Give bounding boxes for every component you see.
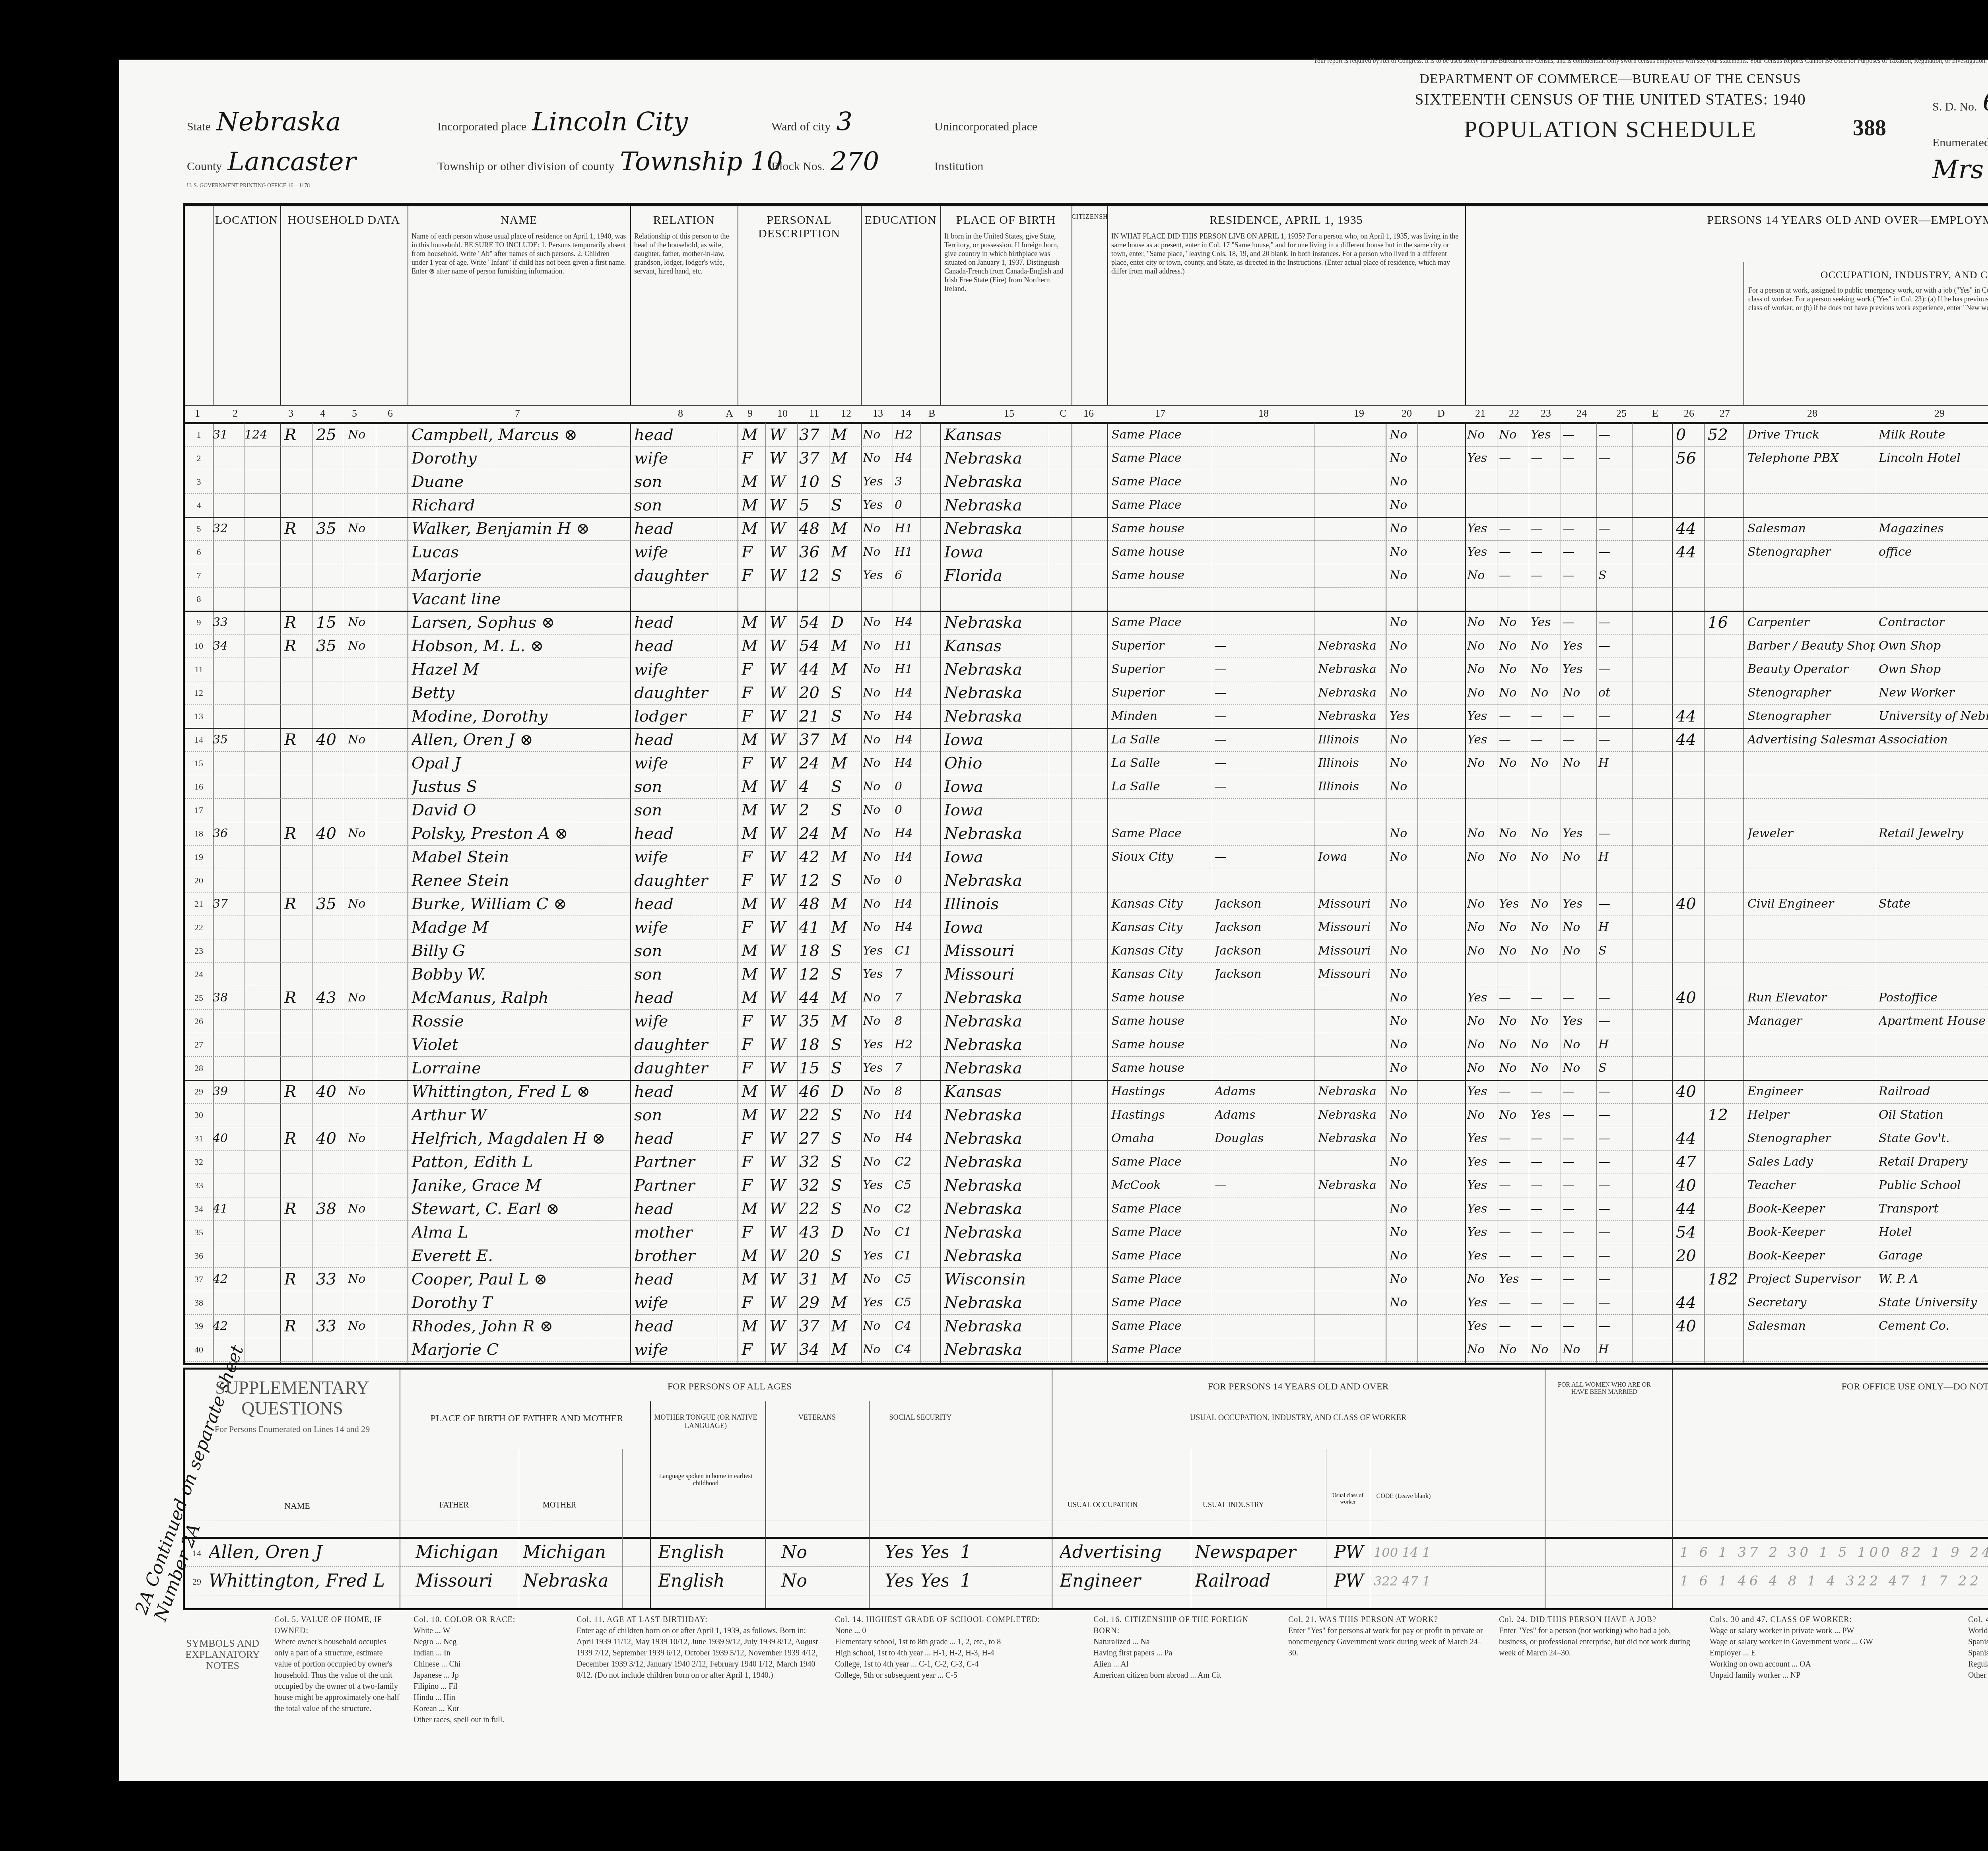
cell-c23: — (1531, 1315, 1561, 1338)
cell-c25: — (1598, 541, 1632, 564)
cell-c24: Yes (1563, 634, 1596, 658)
cell-name: Rhodes, John R ⊗ (412, 1315, 626, 1338)
cell-res-city: Same Place (1111, 1197, 1211, 1220)
cell-hh (213, 799, 245, 822)
cell-farm (348, 494, 376, 517)
confidentiality-notice: Your report is required by Act of Congre… (1292, 57, 1988, 65)
cell-res-city: Superior (1111, 681, 1211, 704)
cell-res-state: Illinois (1318, 728, 1386, 751)
cell-hh (213, 1244, 245, 1267)
cell-school: Yes (863, 470, 893, 493)
cell-name: Campbell, Marcus ⊗ (412, 423, 626, 446)
cell-c24: No (1563, 1033, 1596, 1056)
cell-c26 (1676, 963, 1704, 986)
cell-res-city: Superior (1111, 634, 1211, 658)
cell-occupation: Stenographer (1747, 705, 1875, 728)
cell-farm (348, 1033, 376, 1056)
cell-c26 (1676, 752, 1704, 775)
table-row: 1212BettydaughterFW20SNoH4NebraskaSuperi… (185, 681, 1988, 705)
cell-sex: F (742, 1057, 765, 1080)
cell-race: W (769, 1221, 793, 1244)
cell-marital: M (831, 658, 859, 681)
cell-house (245, 681, 280, 704)
cell-c23: No (1531, 846, 1561, 869)
cell-res-farm: No (1390, 846, 1417, 869)
cell-age: 12 (799, 869, 829, 892)
cell-marital: M (831, 893, 859, 916)
table-row: 33DuanesonMW10SYes3NebraskaSame PlaceNo (185, 470, 1988, 494)
line-number: 17 (187, 805, 211, 815)
cell-farm: No (348, 1080, 376, 1103)
cell-value: 35 (316, 517, 344, 540)
cell-age: 32 (799, 1174, 829, 1197)
cell-name: Vacant line (412, 588, 626, 611)
cell-c27 (1708, 705, 1743, 728)
cell-school: No (863, 1010, 893, 1033)
cell-sex: M (742, 799, 765, 822)
cell-res-state (1318, 1315, 1386, 1338)
cell-res-city: Same house (1111, 986, 1211, 1009)
cell-res-county (1215, 1268, 1314, 1291)
cell-res-state (1318, 1033, 1386, 1056)
col-group-occupation: OCCUPATION, INDUSTRY, AND CLASS OF WORKE… (1743, 262, 1988, 405)
cell-occupation (1747, 869, 1875, 892)
cell-c21: Yes (1467, 728, 1497, 751)
cell-c27 (1708, 634, 1743, 658)
cell-c23: — (1531, 986, 1561, 1009)
cell-hh: 37 (213, 893, 245, 916)
cell-res-county (1215, 423, 1314, 446)
cell-c22: — (1499, 564, 1529, 587)
cell-res-city: Same house (1111, 517, 1211, 540)
cell-res-state (1318, 494, 1386, 517)
cell-farm (348, 799, 376, 822)
cell-age: 37 (799, 1315, 829, 1338)
cell-c23: — (1531, 1244, 1561, 1267)
cell-occupation: Book-Keeper (1747, 1244, 1875, 1267)
cell-hh (213, 1057, 245, 1080)
table-row: 3030Arthur WsonMW22SNoH4NebraskaHastings… (185, 1104, 1988, 1127)
cell-c23: — (1531, 564, 1561, 587)
cell-farm (348, 1104, 376, 1127)
table-row: 2828LorrainedaughterFW15SYes7NebraskaSam… (185, 1057, 1988, 1081)
cell-name: Marjorie C (412, 1338, 626, 1361)
cell-c21: Yes (1467, 541, 1497, 564)
cell-name: Hazel M (412, 658, 626, 681)
cell-birthplace: Iowa (944, 728, 1048, 751)
cell-res-state (1318, 447, 1386, 470)
cell-occupation (1747, 1057, 1875, 1080)
cell-c21: No (1467, 752, 1497, 775)
cell-age: 18 (799, 939, 829, 962)
cell-school: No (863, 517, 893, 540)
cell-school: No (863, 916, 893, 939)
cell-farm (348, 658, 376, 681)
cell-school: No (863, 1268, 893, 1291)
cell-school: Yes (863, 564, 893, 587)
cell-c24: — (1563, 986, 1596, 1009)
cell-value (316, 1033, 344, 1056)
cell-school: No (863, 1104, 893, 1127)
cell-c26: 44 (1676, 1291, 1704, 1314)
cell-age (799, 588, 829, 611)
cell-sex: M (742, 423, 765, 446)
cell-industry (1879, 1033, 1988, 1056)
cell-marital: M (831, 1010, 859, 1033)
cell-c22 (1499, 775, 1529, 798)
cell-c22: — (1499, 1151, 1529, 1174)
cell-marital: S (831, 775, 859, 798)
cell-birthplace: Nebraska (944, 1197, 1048, 1220)
cell-res-state (1318, 517, 1386, 540)
cell-c23: No (1531, 893, 1561, 916)
cell-c24: No (1563, 939, 1596, 962)
cell-res-state: Illinois (1318, 752, 1386, 775)
cell-c23: No (1531, 658, 1561, 681)
schedule-title: POPULATION SCHEDULE (1372, 116, 1849, 143)
table-row: 1313Modine, DorothylodgerFW21SNoH4Nebras… (185, 705, 1988, 729)
cell-relation: wife (634, 447, 718, 470)
cell-tenure: R (284, 1268, 308, 1291)
col-group-citizenship: CITIZENSHIP (1072, 206, 1108, 405)
cell-house: 124 (245, 423, 280, 446)
cell-hh (213, 447, 245, 470)
cell-tenure: R (284, 423, 308, 446)
cell-c23: Yes (1531, 611, 1561, 634)
cell-c26 (1676, 494, 1704, 517)
cell-marital: S (831, 869, 859, 892)
cell-school: Yes (863, 494, 893, 517)
cell-res-farm: No (1390, 541, 1417, 564)
county-field: CountyLancaster (187, 147, 356, 177)
cell-age: 54 (799, 634, 829, 658)
line-number: 1 (187, 430, 211, 440)
cell-c27 (1708, 1080, 1743, 1103)
cell-farm: No (348, 822, 376, 845)
cell-name: Janike, Grace M (412, 1174, 626, 1197)
cell-res-city: Kansas City (1111, 963, 1211, 986)
cell-occupation: Stenographer (1747, 681, 1875, 704)
cell-res-farm (1390, 869, 1417, 892)
cell-house (245, 494, 280, 517)
table-row: 1919Mabel SteinwifeFW42MNoH4IowaSioux Ci… (185, 846, 1988, 869)
cell-res-farm: No (1390, 1033, 1417, 1056)
cell-marital: S (831, 1197, 859, 1220)
cell-hh (213, 1010, 245, 1033)
cell-school: Yes (863, 1244, 893, 1267)
cell-res-state (1318, 1197, 1386, 1220)
cell-industry: Own Shop (1879, 634, 1988, 658)
cell-c21: No (1467, 1104, 1497, 1127)
cell-c25: — (1598, 1151, 1632, 1174)
cell-c24: — (1563, 1104, 1596, 1127)
cell-house (245, 1197, 280, 1220)
cell-value (316, 799, 344, 822)
cell-occupation: Barber / Beauty Shop (1747, 634, 1875, 658)
cell-race: W (769, 634, 793, 658)
cell-res-city: Same Place (1111, 1244, 1211, 1267)
cell-res-farm: No (1390, 1127, 1417, 1150)
cell-c24: — (1563, 1080, 1596, 1103)
cell-relation: wife (634, 541, 718, 564)
cell-res-county: — (1215, 705, 1314, 728)
cell-marital: M (831, 634, 859, 658)
cell-grade: 6 (895, 564, 920, 587)
cell-c27 (1708, 1174, 1743, 1197)
cell-hh (213, 775, 245, 798)
cell-industry (1879, 470, 1988, 493)
cell-c22: — (1499, 1315, 1529, 1338)
line-number: 8 (187, 594, 211, 604)
table-row: 2626RossiewifeFW35MNo8NebraskaSame house… (185, 1010, 1988, 1033)
cell-value (316, 541, 344, 564)
cell-name: Everett E. (412, 1244, 626, 1267)
cell-c23: No (1531, 1010, 1561, 1033)
cell-name: Walker, Benjamin H ⊗ (412, 517, 626, 540)
cell-c23: No (1531, 1057, 1561, 1080)
cell-birthplace: Ohio (944, 752, 1048, 775)
cell-age: 15 (799, 1057, 829, 1080)
cell-c22: No (1499, 681, 1529, 704)
cell-sex: M (742, 728, 765, 751)
cell-house (245, 1010, 280, 1033)
cell-c22: No (1499, 423, 1529, 446)
cell-house (245, 1080, 280, 1103)
cell-farm (348, 588, 376, 611)
cell-grade: 8 (895, 1080, 920, 1103)
cell-occupation: Book-Keeper (1747, 1197, 1875, 1220)
cell-birthplace: Kansas (944, 423, 1048, 446)
cell-race: W (769, 1033, 793, 1056)
line-number: 4 (187, 500, 211, 510)
cell-c26: 47 (1676, 1151, 1704, 1174)
cell-birthplace: Nebraska (944, 1174, 1048, 1197)
cell-industry: Apartment House (1879, 1010, 1988, 1033)
cell-school: No (863, 869, 893, 892)
cell-res-state: Nebraska (1318, 681, 1386, 704)
cell-farm: No (348, 1268, 376, 1291)
cell-relation: daughter (634, 869, 718, 892)
cell-relation: head (634, 986, 718, 1009)
cell-occupation (1747, 564, 1875, 587)
cell-marital: D (831, 611, 859, 634)
cell-res-state (1318, 1338, 1386, 1361)
cell-industry (1879, 799, 1988, 822)
cell-value: 25 (316, 423, 344, 446)
cell-age: 22 (799, 1197, 829, 1220)
cell-tenure (284, 1291, 308, 1314)
cell-birthplace: Nebraska (944, 1315, 1048, 1338)
cell-house (245, 588, 280, 611)
cell-c26 (1676, 775, 1704, 798)
cell-c27 (1708, 1244, 1743, 1267)
cell-value: 33 (316, 1315, 344, 1338)
supp-code-header: CODE (Leave blank) (1374, 1493, 1433, 1500)
cell-school: Yes (863, 1057, 893, 1080)
cell-c21: Yes (1467, 1127, 1497, 1150)
cell-industry: Lincoln Hotel (1879, 447, 1988, 470)
cell-relation: wife (634, 1291, 718, 1314)
cell-c21: No (1467, 846, 1497, 869)
cell-c24: — (1563, 1268, 1596, 1291)
cell-c24 (1563, 869, 1596, 892)
cell-c24 (1563, 775, 1596, 798)
cell-c26 (1676, 869, 1704, 892)
cell-house (245, 1244, 280, 1267)
enumerator-field: Mrs Richard Wait Enumerator. (1932, 155, 1988, 184)
cell-marital: S (831, 564, 859, 587)
cell-hh (213, 494, 245, 517)
cell-birthplace: Florida (944, 564, 1048, 587)
line-number: 19 (187, 852, 211, 862)
cell-res-farm: No (1390, 1104, 1417, 1127)
cell-c26 (1676, 1338, 1704, 1361)
cell-res-county: — (1215, 775, 1314, 798)
table-row: 2727VioletdaughterFW18SYesH2NebraskaSame… (185, 1033, 1988, 1057)
cell-age: 24 (799, 752, 829, 775)
cell-c25: — (1598, 447, 1632, 470)
cell-race (769, 588, 793, 611)
cell-marital: M (831, 986, 859, 1009)
cell-value (316, 1010, 344, 1033)
cell-race: W (769, 869, 793, 892)
line-number: 29 (187, 1087, 211, 1097)
cell-race: W (769, 1291, 793, 1314)
cell-industry (1879, 1057, 1988, 1080)
cell-farm: No (348, 1127, 376, 1150)
cell-house (245, 611, 280, 634)
cell-c26: 44 (1676, 1127, 1704, 1150)
cell-tenure: R (284, 728, 308, 751)
cell-value: 35 (316, 634, 344, 658)
cell-c21 (1467, 869, 1497, 892)
cell-hh: 41 (213, 1197, 245, 1220)
cell-res-farm: No (1390, 1174, 1417, 1197)
cell-industry (1879, 1338, 1988, 1361)
cell-res-farm: No (1390, 1010, 1417, 1033)
cell-age: 22 (799, 1104, 829, 1127)
cell-occupation (1747, 752, 1875, 775)
cell-res-farm: No (1390, 423, 1417, 446)
cell-c24: — (1563, 1197, 1596, 1220)
cell-c21: Yes (1467, 1221, 1497, 1244)
cell-c27 (1708, 846, 1743, 869)
cell-c21: No (1467, 1268, 1497, 1291)
cell-c21: No (1467, 658, 1497, 681)
cell-value (316, 681, 344, 704)
cell-res-city: Hastings (1111, 1104, 1211, 1127)
cell-name: McManus, Ralph (412, 986, 626, 1009)
cell-res-farm: No (1390, 634, 1417, 658)
cell-sex: M (742, 470, 765, 493)
cell-school: No (863, 1080, 893, 1103)
cell-name: Allen, Oren J ⊗ (412, 728, 626, 751)
cell-race: W (769, 846, 793, 869)
cell-relation: wife (634, 916, 718, 939)
cell-marital: S (831, 1033, 859, 1056)
table-row: 3232Patton, Edith LPartnerFW32SNoC2Nebra… (185, 1151, 1988, 1174)
cell-c26 (1676, 846, 1704, 869)
cell-grade: C2 (895, 1197, 920, 1220)
cell-grade (895, 588, 920, 611)
cell-c27 (1708, 822, 1743, 845)
cell-relation: head (634, 1268, 718, 1291)
cell-c27 (1708, 752, 1743, 775)
cell-race: W (769, 658, 793, 681)
cell-race: W (769, 1338, 793, 1361)
cell-c21 (1467, 963, 1497, 986)
cell-sex: F (742, 1127, 765, 1150)
cell-value: 38 (316, 1197, 344, 1220)
cell-c26 (1676, 681, 1704, 704)
line-number: 3 (187, 477, 211, 487)
group-usual-occupation: USUAL OCCUPATION, INDUSTRY, AND CLASS OF… (1060, 1413, 1537, 1422)
cell-name: Dorothy T (412, 1291, 626, 1314)
cell-res-city: Kansas City (1111, 939, 1211, 962)
cell-grade: H1 (895, 517, 920, 540)
cell-c27 (1708, 916, 1743, 939)
cell-res-city: Same house (1111, 564, 1211, 587)
cell-c25: — (1598, 1291, 1632, 1314)
cell-occupation: Teacher (1747, 1174, 1875, 1197)
cell-c21: Yes (1467, 986, 1497, 1009)
table-row: 1515Opal JwifeFW24MNoH4OhioLa Salle—Illi… (185, 752, 1988, 775)
cell-c26 (1676, 916, 1704, 939)
cell-c25: ot (1598, 681, 1632, 704)
cell-res-city: Same Place (1111, 1151, 1211, 1174)
cell-res-county (1215, 494, 1314, 517)
cell-marital: M (831, 1338, 859, 1361)
cell-industry: State University (1879, 1291, 1988, 1314)
cell-industry: Own Shop (1879, 658, 1988, 681)
line-number: 11 (187, 664, 211, 675)
cell-name: David O (412, 799, 626, 822)
cell-marital: M (831, 752, 859, 775)
cell-hh: 32 (213, 517, 245, 540)
cell-c27 (1708, 1010, 1743, 1033)
cell-grade: C4 (895, 1338, 920, 1361)
cell-occupation: Secretary (1747, 1291, 1875, 1314)
cell-res-farm (1390, 799, 1417, 822)
cell-c22: No (1499, 916, 1529, 939)
cell-name: Violet (412, 1033, 626, 1056)
line-number: 18 (187, 828, 211, 839)
cell-c24: — (1563, 541, 1596, 564)
cell-school: No (863, 893, 893, 916)
cell-c22: — (1499, 1174, 1529, 1197)
cell-name: Marjorie (412, 564, 626, 587)
cell-age: 27 (799, 1127, 829, 1150)
cell-c26 (1676, 564, 1704, 587)
note-at-work: Col. 21. WAS THIS PERSON AT WORK?Enter "… (1288, 1614, 1487, 1659)
cell-grade: 0 (895, 869, 920, 892)
cell-res-farm: No (1390, 1080, 1417, 1103)
cell-hh (213, 846, 245, 869)
cell-c27 (1708, 799, 1743, 822)
cell-res-city: Same house (1111, 1057, 1211, 1080)
cell-res-farm: No (1390, 939, 1417, 962)
cell-c21: No (1467, 1057, 1497, 1080)
cell-birthplace: Nebraska (944, 470, 1048, 493)
table-row: 3838Dorothy TwifeFW29MYesC5NebraskaSame … (185, 1291, 1988, 1315)
cell-c26: 0 (1676, 423, 1704, 446)
cell-c23: No (1531, 634, 1561, 658)
cell-relation: son (634, 963, 718, 986)
cell-grade: 7 (895, 963, 920, 986)
cell-relation: Partner (634, 1174, 718, 1197)
cell-sex: F (742, 564, 765, 587)
cell-c27: 52 (1708, 423, 1743, 446)
